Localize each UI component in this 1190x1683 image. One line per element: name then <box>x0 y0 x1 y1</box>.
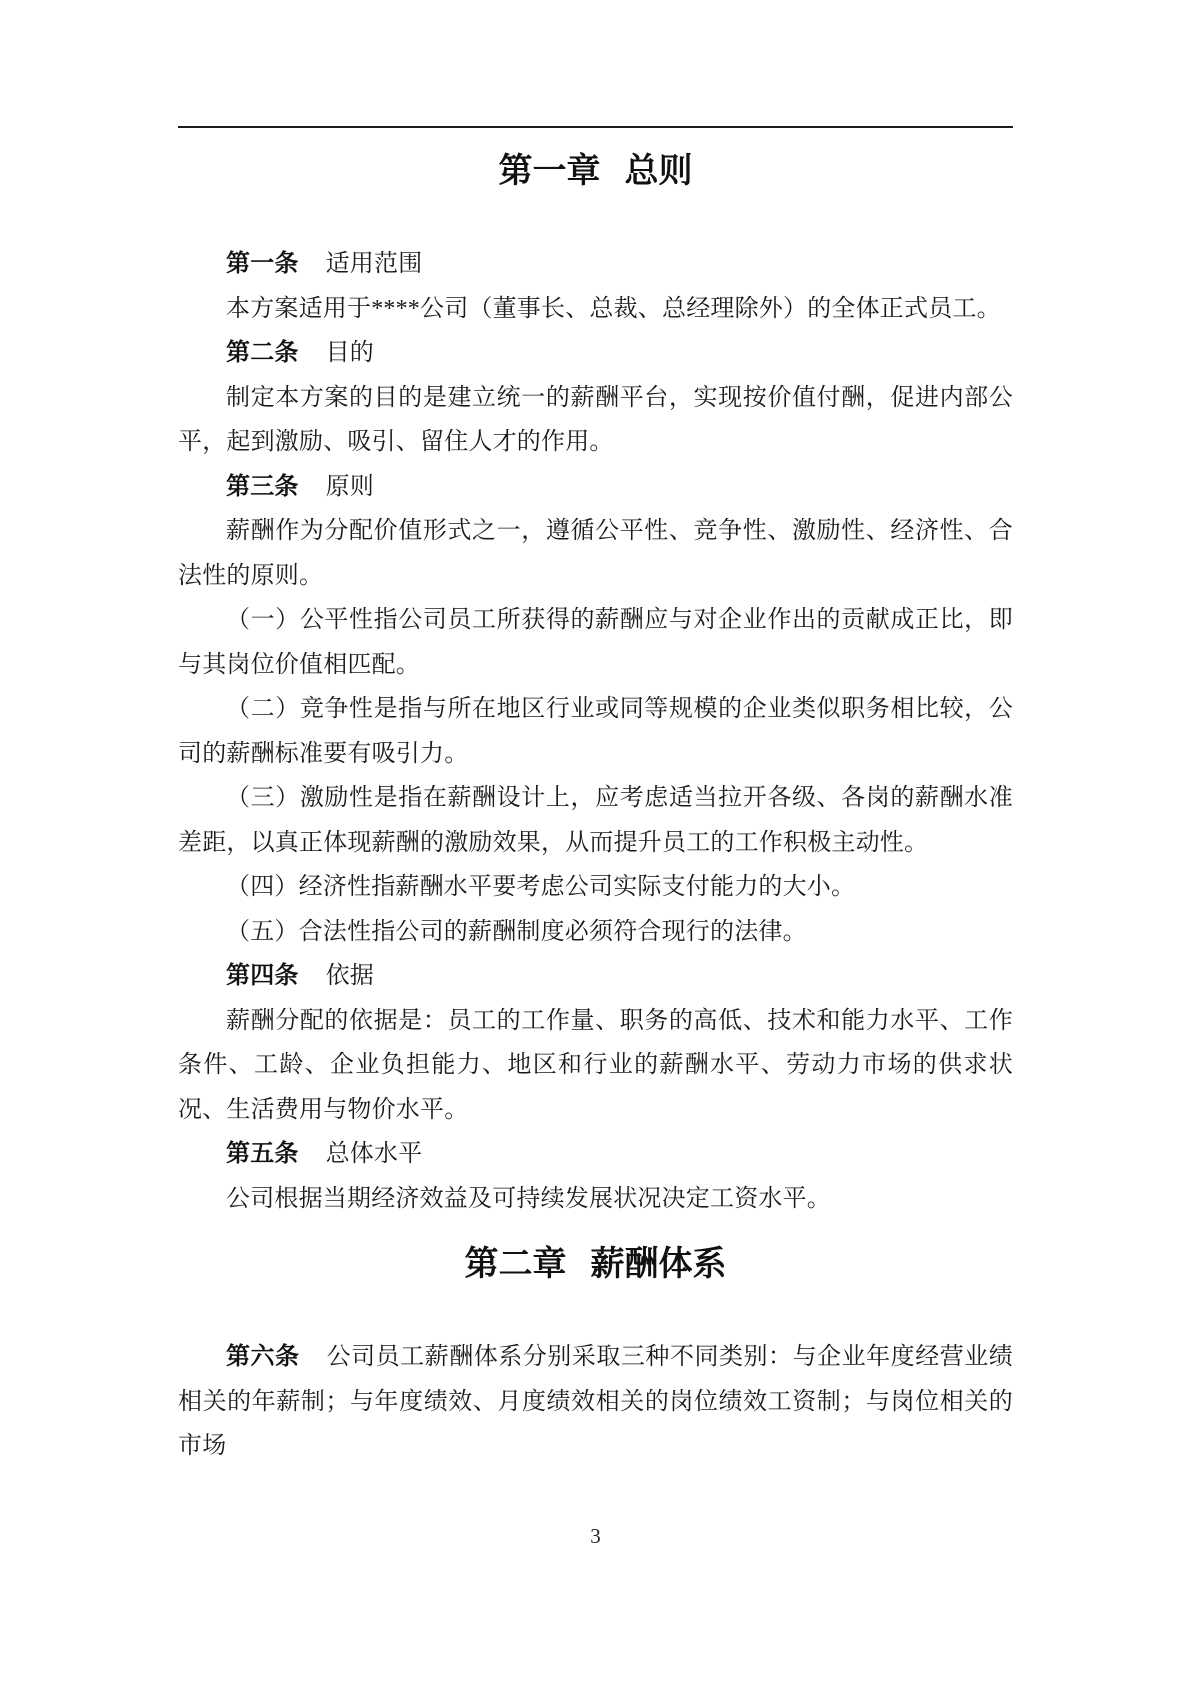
paragraph-text: 薪酬分配的依据是：员工的工作量、职务的高低、技术和能力水平、工作条件、工龄、企业… <box>178 1008 1013 1123</box>
paragraph-text: （二）竞争性是指与所在地区行业或同等规模的企业类似职务相比较，公司的薪酬标准要有… <box>178 696 1013 767</box>
paragraph: （一）公平性指公司员工所获得的薪酬应与对企业作出的贡献成正比，即与其岗位价值相匹… <box>178 598 1013 687</box>
article-title: 原则 <box>326 474 374 500</box>
paragraph-text: （五）合法性指公司的薪酬制度必须符合现行的法律。 <box>226 919 807 945</box>
article-title: 目的 <box>326 340 374 366</box>
page-number: 3 <box>178 1523 1013 1549</box>
paragraph-text: 薪酬作为分配价值形式之一，遵循公平性、竞争性、激励性、经济性、合法性的原则。 <box>178 518 1013 589</box>
chapter-heading: 第二章薪酬体系 <box>178 1243 1013 1285</box>
document-page: 第一章总则第一条适用范围本方案适用于****公司（董事长、总裁、总经理除外）的全… <box>0 0 1190 1683</box>
document-body: 第一章总则第一条适用范围本方案适用于****公司（董事长、总裁、总经理除外）的全… <box>178 150 1013 1469</box>
paragraph: （五）合法性指公司的薪酬制度必须符合现行的法律。 <box>178 910 1013 955</box>
paragraph-text: 公司员工薪酬体系分别采取三种不同类别：与企业年度经营业绩相关的年薪制；与年度绩效… <box>178 1344 1013 1459</box>
paragraph-text: （一）公平性指公司员工所获得的薪酬应与对企业作出的贡献成正比，即与其岗位价值相匹… <box>178 607 1013 678</box>
paragraph-text: 公司根据当期经济效益及可持续发展状况决定工资水平。 <box>226 1186 831 1212</box>
article-heading: 第一条适用范围 <box>178 242 1013 287</box>
paragraph: 薪酬作为分配价值形式之一，遵循公平性、竞争性、激励性、经济性、合法性的原则。 <box>178 509 1013 598</box>
article-label: 第三条 <box>226 473 299 500</box>
chapter-title: 薪酬体系 <box>591 1245 727 1283</box>
header-rule <box>178 126 1013 128</box>
chapter-title: 总则 <box>625 152 693 190</box>
article-title: 适用范围 <box>326 251 423 277</box>
paragraph: （三）激励性是指在薪酬设计上，应考虑适当拉开各级、各岗的薪酬水准差距，以真正体现… <box>178 776 1013 865</box>
article-heading: 第五条总体水平 <box>178 1132 1013 1177</box>
article-heading: 第四条依据 <box>178 954 1013 999</box>
chapter-number: 第一章 <box>499 152 601 190</box>
article-label: 第一条 <box>226 250 299 277</box>
paragraph-text: （四）经济性指薪酬水平要考虑公司实际支付能力的大小。 <box>226 874 855 900</box>
chapter-heading: 第一章总则 <box>178 150 1013 192</box>
article-label: 第五条 <box>226 1140 299 1167</box>
article-title: 总体水平 <box>326 1141 423 1167</box>
chapter-number: 第二章 <box>465 1245 567 1283</box>
paragraph: 本方案适用于****公司（董事长、总裁、总经理除外）的全体正式员工。 <box>178 287 1013 332</box>
paragraph: （四）经济性指薪酬水平要考虑公司实际支付能力的大小。 <box>178 865 1013 910</box>
paragraph-text: （三）激励性是指在薪酬设计上，应考虑适当拉开各级、各岗的薪酬水准差距，以真正体现… <box>178 785 1013 856</box>
article-paragraph: 第六条公司员工薪酬体系分别采取三种不同类别：与企业年度经营业绩相关的年薪制；与年… <box>178 1335 1013 1469</box>
paragraph: （二）竞争性是指与所在地区行业或同等规模的企业类似职务相比较，公司的薪酬标准要有… <box>178 687 1013 776</box>
article-label: 第四条 <box>226 962 299 989</box>
paragraph-text: 本方案适用于****公司（董事长、总裁、总经理除外）的全体正式员工。 <box>226 296 1001 322</box>
paragraph: 制定本方案的目的是建立统一的薪酬平台，实现按价值付酬，促进内部公平，起到激励、吸… <box>178 376 1013 465</box>
article-heading: 第二条目的 <box>178 331 1013 376</box>
paragraph: 薪酬分配的依据是：员工的工作量、职务的高低、技术和能力水平、工作条件、工龄、企业… <box>178 999 1013 1133</box>
paragraph: 公司根据当期经济效益及可持续发展状况决定工资水平。 <box>178 1177 1013 1222</box>
article-title: 依据 <box>326 963 374 989</box>
article-label: 第二条 <box>226 339 299 366</box>
paragraph-text: 制定本方案的目的是建立统一的薪酬平台，实现按价值付酬，促进内部公平，起到激励、吸… <box>178 385 1013 456</box>
article-heading: 第三条原则 <box>178 465 1013 510</box>
article-label: 第六条 <box>226 1343 300 1370</box>
